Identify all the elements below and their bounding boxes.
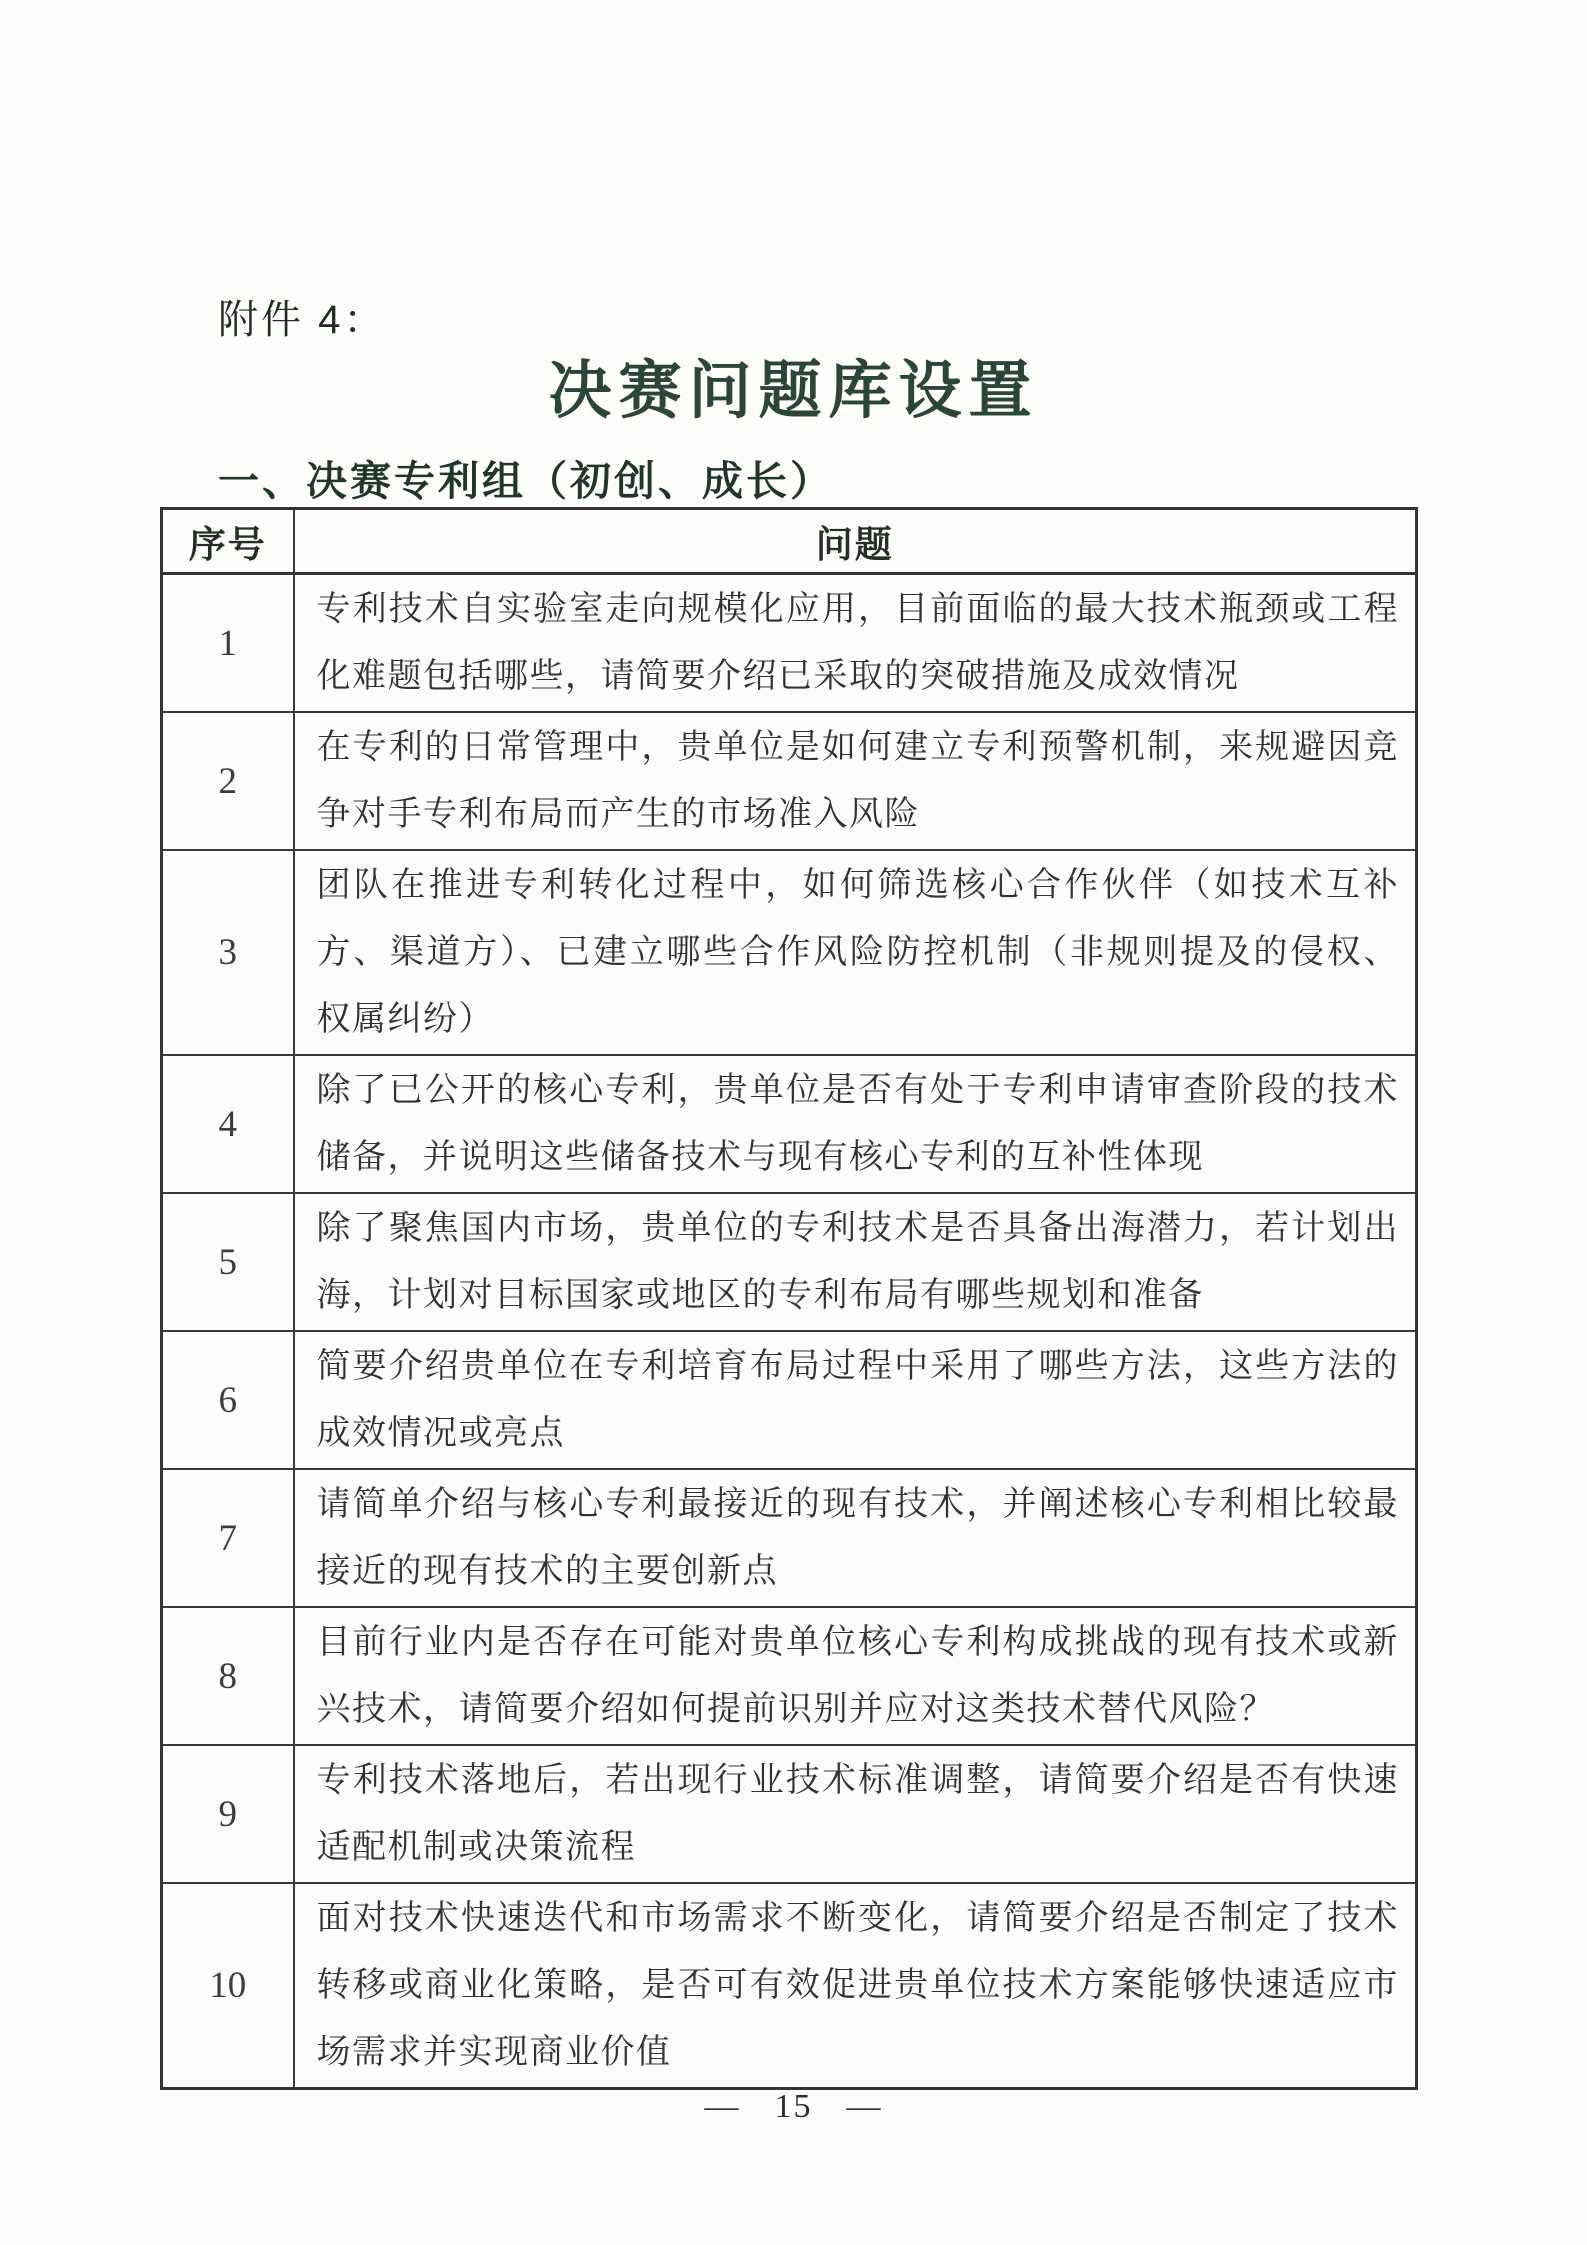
row-question: 目前行业内是否存在可能对贵单位核心专利构成挑战的现有技术或新兴技术，请简要介绍如…: [294, 1607, 1417, 1745]
footer-right-dash: —: [847, 2088, 883, 2126]
row-question: 除了聚焦国内市场，贵单位的专利技术是否具备出海潜力，若计划出海，计划对目标国家或…: [294, 1193, 1417, 1331]
row-question: 简要介绍贵单位在专利培育布局过程中采用了哪些方法，这些方法的成效情况或亮点: [294, 1331, 1417, 1469]
row-number: 10: [162, 1883, 294, 2089]
row-number: 3: [162, 850, 294, 1055]
footer-left-dash: —: [705, 2088, 741, 2126]
table-row: 4 除了已公开的核心专利，贵单位是否有处于专利申请审查阶段的技术储备，并说明这些…: [162, 1055, 1417, 1193]
column-header-num: 序号: [162, 509, 294, 574]
table-row: 6 简要介绍贵单位在专利培育布局过程中采用了哪些方法，这些方法的成效情况或亮点: [162, 1331, 1417, 1469]
document-page: 附件 4： 决赛问题库设置 一、决赛专利组（初创、成长） 序号 问题 1 专利技…: [0, 0, 1587, 2245]
row-number: 9: [162, 1745, 294, 1883]
row-number: 1: [162, 574, 294, 713]
table-row: 2 在专利的日常管理中，贵单位是如何建立专利预警机制，来规避因竞争对手专利布局而…: [162, 712, 1417, 850]
attachment-label: 附件 4：: [218, 288, 386, 345]
column-header-question: 问题: [294, 509, 1417, 574]
row-question: 面对技术快速迭代和市场需求不断变化，请简要介绍是否制定了技术转移或商业化策略，是…: [294, 1883, 1417, 2089]
section-heading: 一、决赛专利组（初创、成长）: [218, 448, 834, 507]
row-question: 请简单介绍与核心专利最接近的现有技术，并阐述核心专利相比较最接近的现有技术的主要…: [294, 1469, 1417, 1607]
table-row: 1 专利技术自实验室走向规模化应用，目前面临的最大技术瓶颈或工程化难题包括哪些，…: [162, 574, 1417, 713]
table-row: 7 请简单介绍与核心专利最接近的现有技术，并阐述核心专利相比较最接近的现有技术的…: [162, 1469, 1417, 1607]
table-row: 9 专利技术落地后，若出现行业技术标准调整，请简要介绍是否有快速适配机制或决策流…: [162, 1745, 1417, 1883]
row-number: 7: [162, 1469, 294, 1607]
page-title: 决赛问题库设置: [0, 340, 1587, 431]
page-footer: —15—: [0, 2088, 1587, 2126]
row-number: 2: [162, 712, 294, 850]
table-row: 5 除了聚焦国内市场，贵单位的专利技术是否具备出海潜力，若计划出海，计划对目标国…: [162, 1193, 1417, 1331]
row-number: 5: [162, 1193, 294, 1331]
row-question: 专利技术落地后，若出现行业技术标准调整，请简要介绍是否有快速适配机制或决策流程: [294, 1745, 1417, 1883]
row-number: 8: [162, 1607, 294, 1745]
table-row: 10 面对技术快速迭代和市场需求不断变化，请简要介绍是否制定了技术转移或商业化策…: [162, 1883, 1417, 2089]
row-question: 在专利的日常管理中，贵单位是如何建立专利预警机制，来规避因竞争对手专利布局而产生…: [294, 712, 1417, 850]
row-question: 团队在推进专利转化过程中，如何筛选核心合作伙伴（如技术互补方、渠道方）、已建立哪…: [294, 850, 1417, 1055]
row-number: 4: [162, 1055, 294, 1193]
row-number: 6: [162, 1331, 294, 1469]
table-row: 8 目前行业内是否存在可能对贵单位核心专利构成挑战的现有技术或新兴技术，请简要介…: [162, 1607, 1417, 1745]
row-question: 专利技术自实验室走向规模化应用，目前面临的最大技术瓶颈或工程化难题包括哪些，请简…: [294, 574, 1417, 713]
page-number: 15: [775, 2088, 813, 2125]
row-question: 除了已公开的核心专利，贵单位是否有处于专利申请审查阶段的技术储备，并说明这些储备…: [294, 1055, 1417, 1193]
question-table: 序号 问题 1 专利技术自实验室走向规模化应用，目前面临的最大技术瓶颈或工程化难…: [160, 507, 1418, 2090]
table-header-row: 序号 问题: [162, 509, 1417, 574]
table-row: 3 团队在推进专利转化过程中，如何筛选核心合作伙伴（如技术互补方、渠道方）、已建…: [162, 850, 1417, 1055]
